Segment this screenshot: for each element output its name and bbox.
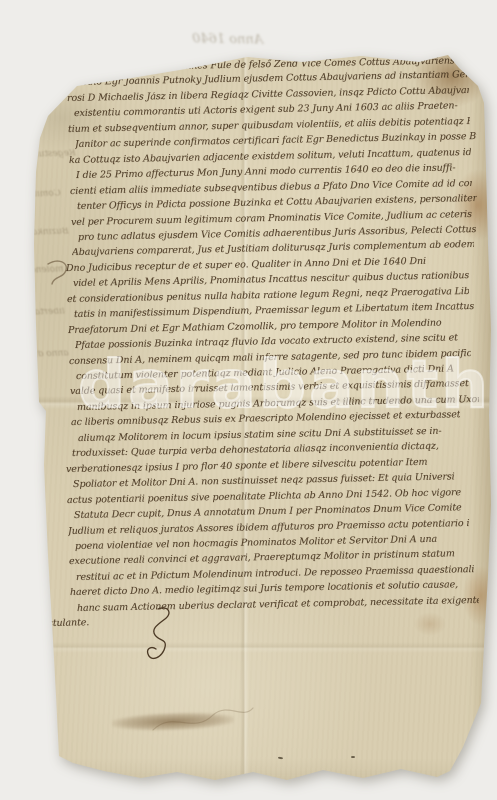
manuscript-line: Judlium et reliquos juratos Assores ibid… <box>68 518 470 536</box>
manuscript-photo: RegestumComiteBuzinkamolendilibertatanno… <box>0 0 497 800</box>
stray-ink-mark <box>44 256 74 290</box>
initial-capital: G <box>74 55 96 74</box>
manuscript-text: Generosus Dnus Joannes Fule de felső Zen… <box>0 0 497 800</box>
manuscript-line: Praefatorum Dni et Egr Mathiam Czomollik… <box>68 318 442 335</box>
manuscript-line: executione reali convinci et aggravari, … <box>69 550 455 568</box>
manuscript-line: tenter Officys in Pdicta possione Buzink… <box>77 194 477 212</box>
manuscript-line: tatis in manifestissimum Dispendium, Pra… <box>74 302 474 320</box>
manuscript-line: rosi D Michaelis Jász in libera Regiaqz … <box>67 86 469 104</box>
manuscript-line: aliumqz Molitorem in locum ipsius statim… <box>78 427 442 444</box>
manuscript-line: Abaujvariens comparerat, Jus et Justitia… <box>72 240 474 258</box>
manuscript-line: tium et subseqventium annor, super quibu… <box>68 117 470 135</box>
manuscript-line: constitutum violenter potentiaqz mediant… <box>76 364 454 382</box>
manuscript-line: et considerationibus penitus nulla habit… <box>67 287 469 305</box>
photo-backdrop: Anno 1640 RegestumComiteBuzinkamolendili… <box>0 0 497 800</box>
manuscript-line: Pfatae possionis Buzinka intraqz fluvio … <box>75 333 458 351</box>
manuscript-paper: RegestumComiteBuzinkamolendilibertatanno… <box>0 0 497 800</box>
manuscript-line: troduxisset: Quae turpia verba dehonesta… <box>72 442 439 459</box>
ink-speck <box>351 756 355 758</box>
manuscript-line: vel per Procurem suum legitimum coram Pn… <box>71 209 472 227</box>
manuscript-line: actus potentiarii poenitus sive poenalit… <box>67 488 461 506</box>
manuscript-line: poena violentiae vel non hocmagis Pnomin… <box>75 535 437 552</box>
manuscript-line: Statuta Decr cupit, Dnus A annotatum Dnu… <box>74 503 462 521</box>
manuscript-line: haeret dicto Dno A. medio legitimqz sui … <box>70 581 458 599</box>
manuscript-line: stulante. <box>48 618 89 629</box>
manuscript-line: Janitor ac superinde confirmatos certifi… <box>75 132 477 150</box>
manuscript-line: medio Egr Joannis Putnoky Judlium ejusde… <box>73 70 475 88</box>
manuscript-line: verberationesqz ipsius I pro flor 40 spo… <box>66 457 428 474</box>
manuscript-line: videl et Aprilis Mens Aprilis, Pnominatu… <box>73 271 469 289</box>
manuscript-line: Dno Judicibus receptur de et super eo. Q… <box>66 257 426 274</box>
manuscript-line: ka Cottuqz isto Abaujvarien adjacente ex… <box>69 148 471 166</box>
manuscript-line: existentiu commorantis uti Actoris exige… <box>74 102 458 120</box>
manuscript-line: cienti etiam aliis immediate subseqventi… <box>70 179 472 197</box>
closing-flourish-mark <box>138 604 180 666</box>
manuscript-line: consensu Dni A, neminem quicqm mali infe… <box>69 348 471 366</box>
manuscript-line: ac liberis omnibusqz Rebus suis ex Praes… <box>71 411 461 429</box>
manuscript-line: Spoliator et Molitor Dni A. non sustinui… <box>73 472 455 490</box>
manuscript-line: valde quasi et manifesto irruisset lamen… <box>70 379 469 397</box>
manuscript-line: I die 25 Primo affecturus Mon Juny Anni … <box>76 164 456 182</box>
